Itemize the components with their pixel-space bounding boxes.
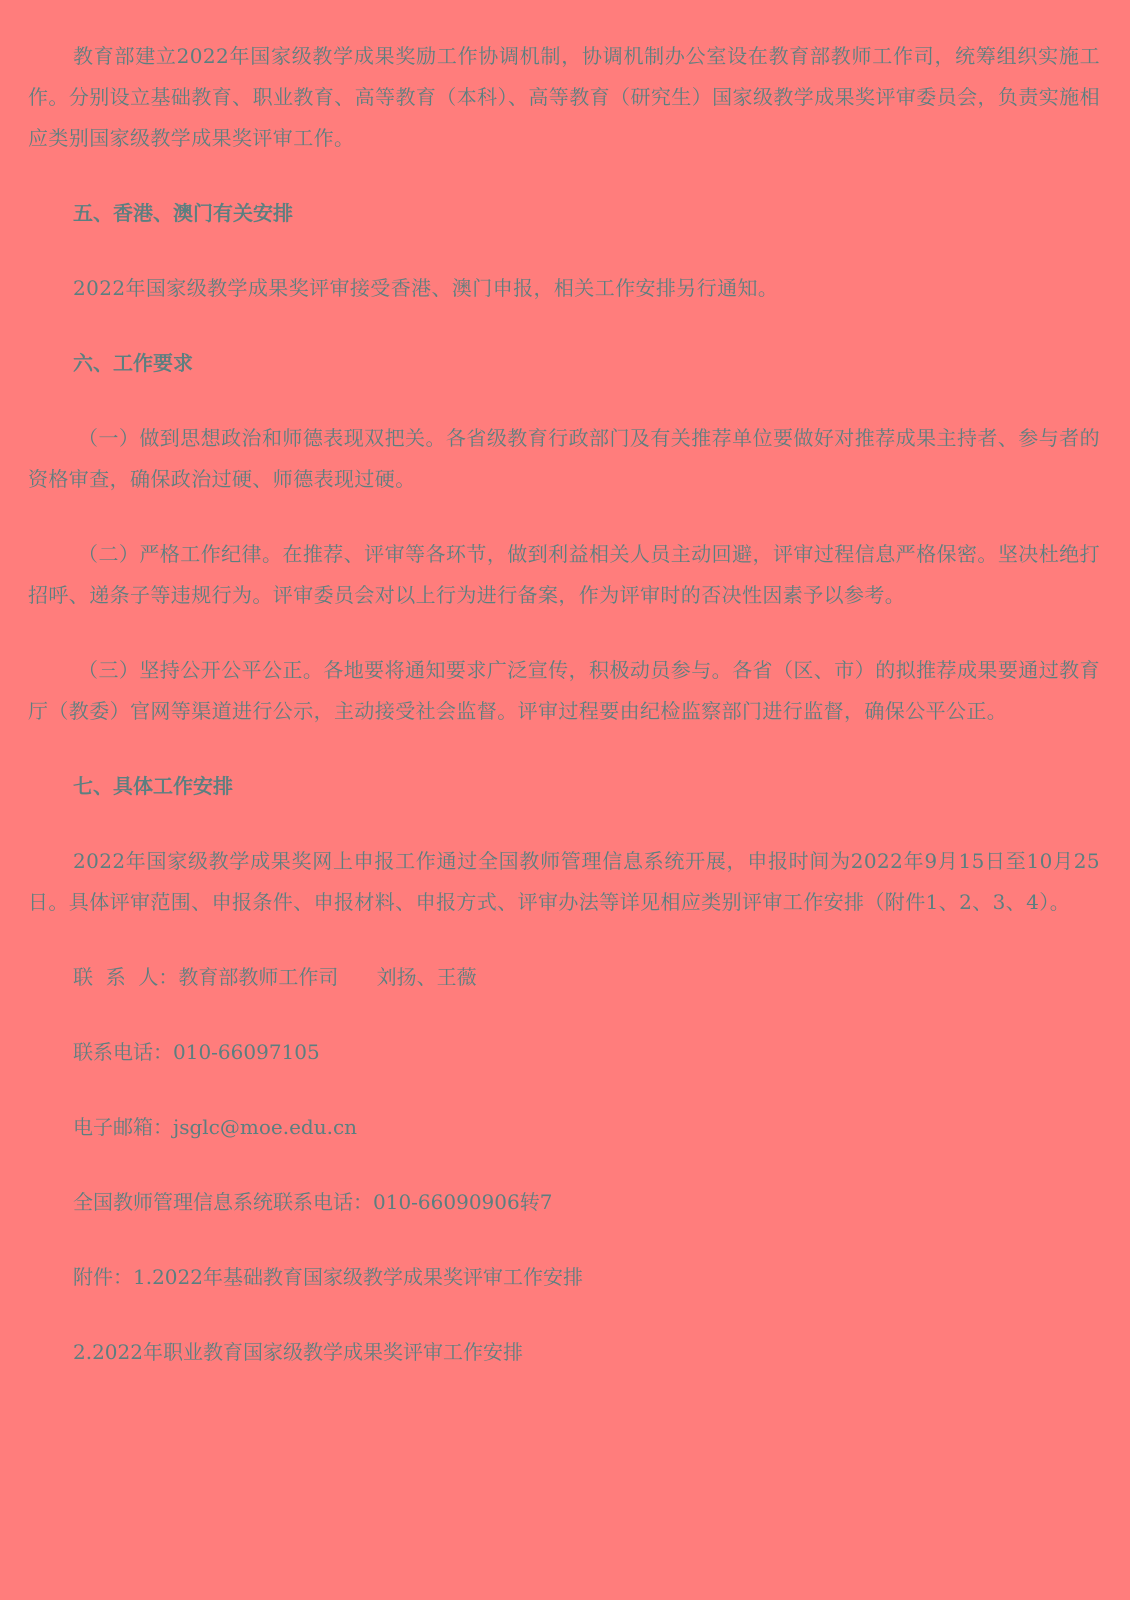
section-6-item-2: （二）严格工作纪律。在推荐、评审等各环节，做到利益相关人员主动回避，评审过程信息… xyxy=(28,534,1100,616)
section-7-heading: 七、具体工作安排 xyxy=(28,766,1100,807)
contact-person: 联 系 人：教育部教师工作司 刘扬、王薇 xyxy=(28,957,1100,998)
section-6-item-3: （三）坚持公开公平公正。各地要将通知要求广泛宣传，积极动员参与。各省（区、市）的… xyxy=(28,650,1100,732)
attachment-1: 附件：1.2022年基础教育国家级教学成果奖评审工作安排 xyxy=(28,1257,1100,1298)
section-5-heading: 五、香港、澳门有关安排 xyxy=(28,193,1100,234)
section-6-item-1: （一）做到思想政治和师德表现双把关。各省级教育行政部门及有关推荐单位要做好对推荐… xyxy=(28,418,1100,500)
section-5-body: 2022年国家级教学成果奖评审接受香港、澳门申报，相关工作安排另行通知。 xyxy=(28,268,1100,309)
section-7-body: 2022年国家级教学成果奖网上申报工作通过全国教师管理信息系统开展，申报时间为2… xyxy=(28,841,1100,923)
system-phone: 全国教师管理信息系统联系电话：010-66090906转7 xyxy=(28,1182,1100,1223)
contact-phone: 联系电话：010-66097105 xyxy=(28,1032,1100,1073)
document-body: 教育部建立2022年国家级教学成果奖励工作协调机制，协调机制办公室设在教育部教师… xyxy=(28,36,1100,1373)
contact-email: 电子邮箱：jsglc@moe.edu.cn xyxy=(28,1107,1100,1148)
attachment-2: 2.2022年职业教育国家级教学成果奖评审工作安排 xyxy=(28,1332,1100,1373)
section-6-heading: 六、工作要求 xyxy=(28,343,1100,384)
intro-paragraph: 教育部建立2022年国家级教学成果奖励工作协调机制，协调机制办公室设在教育部教师… xyxy=(28,36,1100,159)
